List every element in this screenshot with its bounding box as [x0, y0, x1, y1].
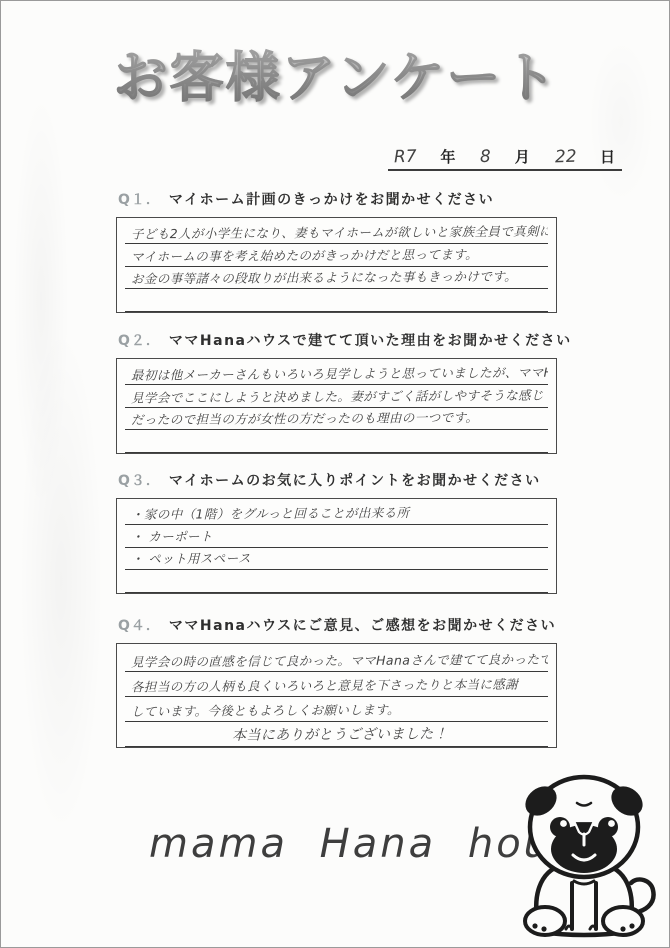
handwritten-text: 子ども2人が小学生になり、妻もマイホームが欲しいと家族全員で真剣に	[125, 221, 548, 243]
question-4-label: ママHanaハウスにご意見、ご感想をお聞かせください	[169, 615, 556, 635]
date-month-value: 8	[480, 147, 492, 167]
question-3-answer-box: ・家の中（1階）をグルっと回ることが出来る所 ・ カーポート ・ ペット用スペー…	[116, 498, 557, 594]
handwritten-text: お金の事等諸々の段取りが出来るようになった事もきっかけです。	[125, 267, 517, 289]
question-1-label: マイホーム計画のきっかけをお聞かせください	[169, 189, 494, 209]
question-3-number: Q３．	[118, 470, 161, 490]
question-3-heading: Q３． マイホームのお気に入りポイントをお聞かせください	[118, 470, 557, 490]
question-1-heading: Q１． マイホーム計画のきっかけをお聞かせください	[118, 189, 557, 209]
question-2-label: ママHanaハウスで建てて頂いた理由をお聞かせください	[169, 330, 572, 350]
question-2-number: Q２．	[118, 330, 161, 350]
handwritten-text: 見学会でここにしようと決めました。妻がすごく話がしやすそうな感じ	[125, 385, 544, 407]
date-line: R7 年 8 月 22 日	[388, 143, 622, 171]
answer-line: 子ども2人が小学生になり、妻もマイホームが欲しいと家族全員で真剣に	[125, 221, 548, 244]
handwritten-text: 各担当の方の人柄も良くいろいろと意見を下さったりと本当に感謝	[125, 675, 518, 697]
question-4-heading: Q４． ママHanaハウスにご意見、ご感想をお聞かせください	[118, 615, 557, 635]
question-4-answer-box: 見学会の時の直感を信じて良かった。ママHanaさんで建てて良かったです。 各担当…	[116, 643, 557, 748]
question-section-4: Q４． ママHanaハウスにご意見、ご感想をお聞かせください 見学会の時の直感を…	[116, 615, 557, 748]
question-section-1: Q１． マイホーム計画のきっかけをお聞かせください 子ども2人が小学生になり、妻…	[116, 189, 557, 313]
handwritten-text: ・ ペット用スペース	[125, 549, 251, 570]
survey-page: お客様アンケート R7 年 8 月 22 日 Q１． マイホーム計画のきっかけを…	[0, 0, 670, 948]
handwritten-text	[125, 309, 131, 311]
date-day-label: 日	[600, 146, 616, 167]
answer-line: ・ カーポート	[125, 525, 548, 548]
date-year-label: 年	[440, 146, 456, 167]
answer-line: マイホームの事を考え始めたのがきっかけだと思ってます。	[125, 244, 548, 267]
question-1-number: Q１．	[118, 189, 161, 209]
date-day-value: 22	[554, 147, 576, 168]
answer-line: お金の事等諸々の段取りが出来るようになった事もきっかけです。	[125, 267, 548, 290]
answer-line: 本当にありがとうございました！	[125, 722, 548, 747]
handwritten-text	[125, 450, 131, 452]
handwritten-text: 見学会の時の直感を信じて良かった。ママHanaさんで建てて良かったです。	[125, 649, 548, 672]
answer-line: ・家の中（1階）をグルっと回ることが出来る所	[125, 502, 548, 525]
question-2-heading: Q２． ママHanaハウスで建てて頂いた理由をお聞かせください	[118, 330, 557, 350]
question-section-3: Q３． マイホームのお気に入りポイントをお聞かせください ・家の中（1階）をグル…	[116, 470, 557, 594]
handwritten-text	[125, 590, 131, 592]
handwritten-text: 本当にありがとうございました！	[225, 723, 447, 747]
answer-line: だったので担当の方が女性の方だったのも理由の一つです。	[125, 408, 548, 431]
pug-dog-illustration	[504, 771, 664, 941]
date-era-year-value: R7	[394, 147, 417, 168]
handwritten-text: だったので担当の方が女性の方だったのも理由の一つです。	[125, 408, 478, 430]
survey-title: お客様アンケート	[66, 35, 606, 112]
handwritten-text: マイホームの事を考え始めたのがきっかけだと思ってます。	[125, 244, 478, 266]
answer-line: 見学会でここにしようと決めました。妻がすごく話がしやすそうな感じ	[125, 385, 548, 408]
answer-line: 最初は他メーカーさんもいろいろ見学しようと思っていましたが、ママHanaさんの	[125, 362, 548, 385]
question-2-answer-box: 最初は他メーカーさんもいろいろ見学しようと思っていましたが、ママHanaさんの …	[116, 358, 557, 454]
answer-line	[125, 289, 548, 312]
handwritten-text: しています。今後ともよろしくお願いします。	[125, 700, 400, 722]
answer-line	[125, 570, 548, 593]
handwritten-text: 最初は他メーカーさんもいろいろ見学しようと思っていましたが、ママHanaさんの	[125, 362, 548, 385]
handwritten-text: ・家の中（1階）をグルっと回ることが出来る所	[125, 503, 410, 525]
handwritten-text: ・ カーポート	[125, 526, 213, 547]
answer-line: しています。今後ともよろしくお願いします。	[125, 697, 548, 722]
date-month-label: 月	[515, 146, 531, 167]
question-3-label: マイホームのお気に入りポイントをお聞かせください	[169, 470, 541, 490]
answer-line: ・ ペット用スペース	[125, 548, 548, 571]
question-section-2: Q２． ママHanaハウスで建てて頂いた理由をお聞かせください 最初は他メーカー…	[116, 330, 557, 454]
answer-line: 見学会の時の直感を信じて良かった。ママHanaさんで建てて良かったです。	[125, 647, 548, 672]
question-4-number: Q４．	[118, 615, 161, 635]
answer-line	[125, 430, 548, 453]
answer-line: 各担当の方の人柄も良くいろいろと意見を下さったりと本当に感謝	[125, 672, 548, 697]
question-1-answer-box: 子ども2人が小学生になり、妻もマイホームが欲しいと家族全員で真剣に マイホームの…	[116, 217, 557, 313]
